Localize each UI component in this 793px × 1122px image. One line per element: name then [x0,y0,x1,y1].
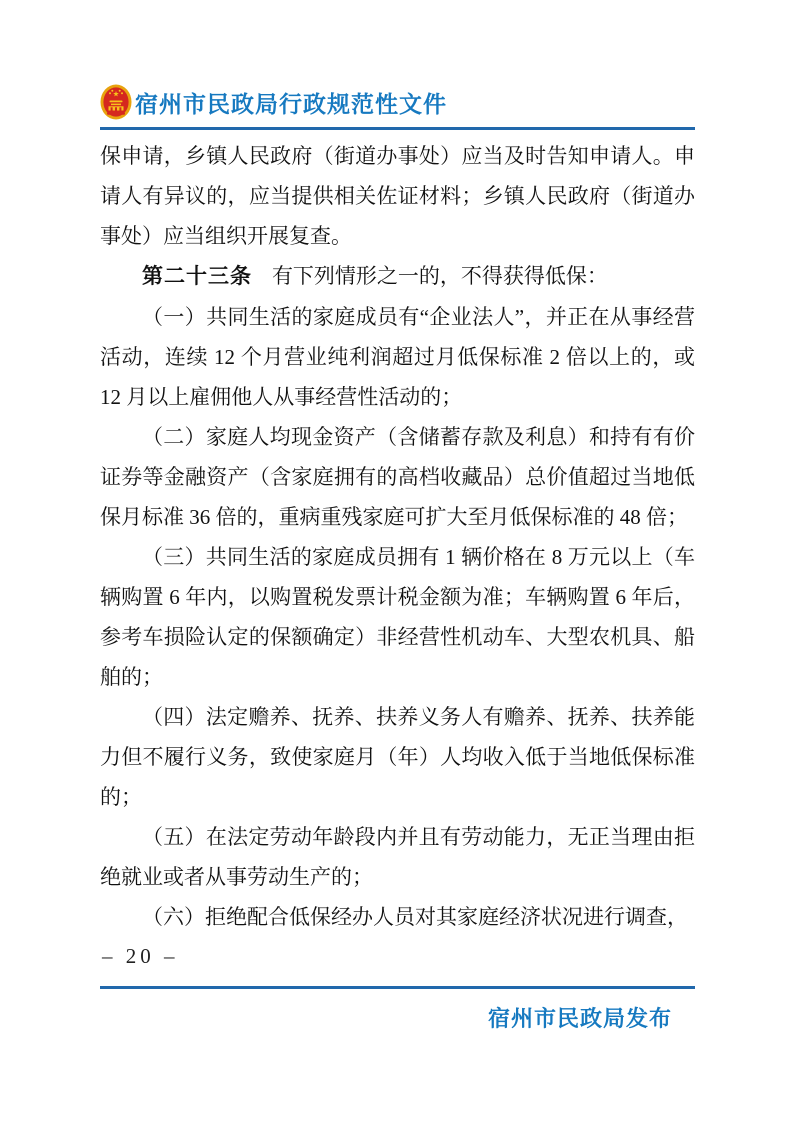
national-emblem-icon [100,84,132,120]
article-lead: 有下列情形之一的，不得获得低保： [272,264,608,288]
list-item-6: （六）拒绝配合低保经办人员对其家庭经济状况进行调查， [100,897,695,937]
list-item-3: （三）共同生活的家庭成员拥有 1 辆价格在 8 万元以上（车辆购置 6 年内，以… [100,537,695,697]
document-header: 宿州市民政局行政规范性文件 [100,84,695,120]
list-item-5: （五）在法定劳动年龄段内并且有劳动能力，无正当理由拒绝就业或者从事劳动生产的； [100,817,695,897]
article-number: 第二十三条 [142,265,252,288]
footer-divider [100,986,695,989]
header-divider [100,127,695,130]
list-item-1: （一）共同生活的家庭成员有“企业法人”，并正在从事经营活动，连续 12 个月营业… [100,297,695,417]
paragraph-continuation: 保申请，乡镇人民政府（街道办事处）应当及时告知申请人。申请人有异议的，应当提供相… [100,136,695,256]
list-item-4: （四）法定赡养、抚养、扶养义务人有赡养、抚养、扶养能力但不履行义务，致使家庭月（… [100,697,695,817]
document-page: 宿州市民政局行政规范性文件 保申请，乡镇人民政府（街道办事处）应当及时告知申请人… [0,0,793,1122]
publisher: 宿州市民政局发布 [488,1002,672,1033]
document-body: 保申请，乡镇人民政府（街道办事处）应当及时告知申请人。申请人有异议的，应当提供相… [100,136,695,937]
page-number: – 20 – [102,944,179,969]
list-item-2: （二）家庭人均现金资产（含储蓄存款及利息）和持有有价证券等金融资产（含家庭拥有的… [100,417,695,537]
article-23-paragraph: 第二十三条有下列情形之一的，不得获得低保： [100,256,695,297]
header-title: 宿州市民政局行政规范性文件 [135,86,447,119]
